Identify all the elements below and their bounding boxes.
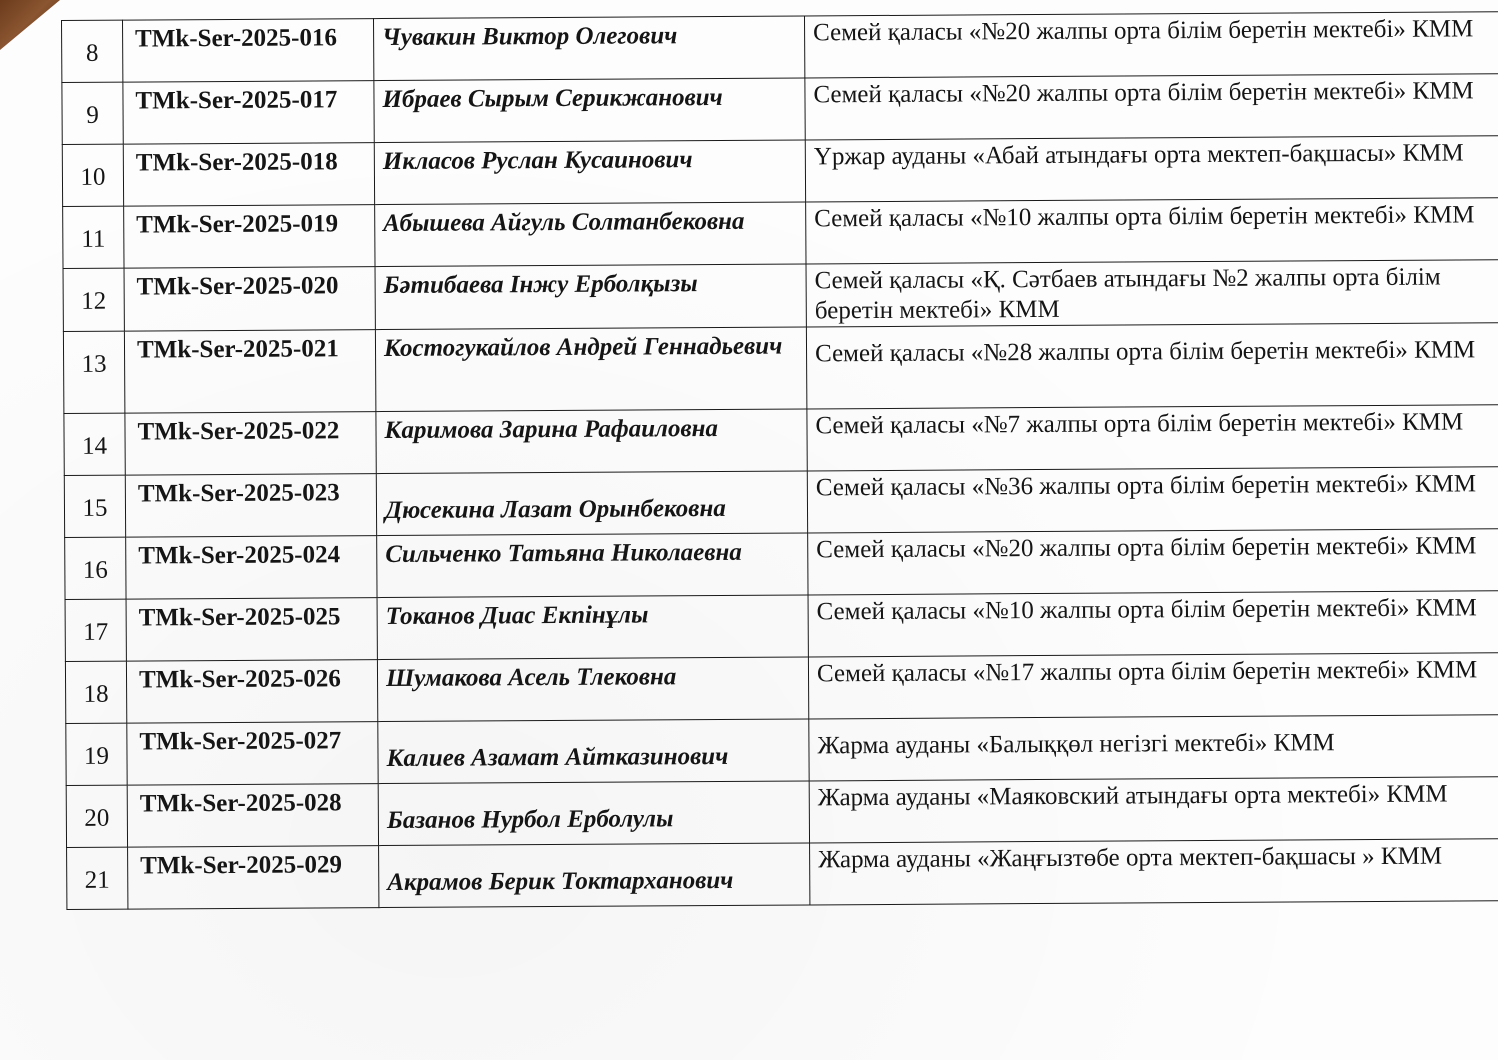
table-row: 13TMk-Ser-2025-021Костогукайлов Андрей Г… — [63, 323, 1498, 414]
participant-name: Базанов Нурбол Ерболулы — [378, 781, 809, 846]
school-name: Семей қаласы «№20 жалпы орта білім берет… — [808, 529, 1498, 595]
participant-code: TMk-Ser-2025-022 — [125, 412, 376, 476]
table-row: 9TMk-Ser-2025-017Ибраев Сырым Серикжанов… — [62, 74, 1498, 145]
school-name: Семей қаласы «№10 жалпы орта білім берет… — [808, 591, 1498, 657]
participant-name: Икласов Руслан Кусаинович — [374, 140, 805, 205]
participant-name: Костогукайлов Андрей Геннадьевич — [375, 327, 806, 412]
participant-code: TMk-Ser-2025-023 — [125, 474, 376, 538]
participant-name: Каримова Зарина Рафаиловна — [376, 409, 807, 474]
table-row: 15TMk-Ser-2025-023Дюсекина Лазат Орынбек… — [64, 467, 1498, 538]
school-name: Семей қаласы «№20 жалпы орта білім берет… — [804, 12, 1498, 78]
participant-name: Бәтибаева Інжу Ерболқызы — [375, 264, 806, 330]
participant-code: TMk-Ser-2025-021 — [124, 330, 375, 414]
participant-code: TMk-Ser-2025-020 — [124, 267, 375, 332]
participant-name: Сильченко Татьяна Николаевна — [377, 533, 808, 598]
participant-name: Ибраев Сырым Серикжанович — [374, 78, 805, 143]
school-name: Семей қаласы «№7 жалпы орта білім береті… — [807, 405, 1498, 471]
participant-code: TMk-Ser-2025-028 — [127, 784, 378, 848]
participant-name: Дюсекина Лазат Орынбековна — [376, 471, 807, 536]
row-number: 20 — [66, 785, 127, 847]
table-row: 10TMk-Ser-2025-018Икласов Руслан Кусаино… — [62, 136, 1498, 207]
table-row: 17TMk-Ser-2025-025Токанов Диас ЕкпінұлыС… — [65, 591, 1498, 662]
wooden-table-edge — [0, 0, 60, 50]
row-number: 17 — [65, 599, 126, 661]
row-number: 21 — [67, 847, 128, 909]
participant-code: TMk-Ser-2025-027 — [127, 722, 378, 786]
school-name: Семей қаласы «№10 жалпы орта білім берет… — [806, 198, 1498, 264]
table-body: 8TMk-Ser-2025-016Чувакин Виктор Олегович… — [62, 12, 1498, 910]
row-number: 13 — [63, 331, 124, 413]
row-number: 15 — [64, 475, 125, 537]
row-number: 10 — [62, 144, 123, 206]
table-row: 12TMk-Ser-2025-020Бәтибаева Інжу Ерболқы… — [63, 260, 1498, 332]
participant-code: TMk-Ser-2025-025 — [126, 598, 377, 662]
table-row: 20TMk-Ser-2025-028Базанов Нурбол Ерболул… — [66, 777, 1498, 848]
row-number: 19 — [66, 723, 127, 785]
table-row: 19TMk-Ser-2025-027Калиев Азамат Айтказин… — [66, 715, 1498, 786]
participant-code: TMk-Ser-2025-029 — [128, 846, 379, 910]
participant-name: Калиев Азамат Айтказинович — [378, 719, 809, 784]
participant-name: Абышева Айгуль Солтанбековна — [375, 202, 806, 267]
participant-name: Шумакова Асель Тлековна — [377, 657, 808, 722]
participant-name: Чувакин Виктор Олегович — [373, 16, 804, 81]
participant-code: TMk-Ser-2025-024 — [126, 536, 377, 600]
table-row: 18TMk-Ser-2025-026Шумакова Асель Тлековн… — [65, 653, 1498, 724]
table-row: 14TMk-Ser-2025-022Каримова Зарина Рафаил… — [64, 405, 1498, 476]
school-name: Жарма ауданы «Балыққөл негізгі мектебі» … — [809, 715, 1498, 781]
row-number: 14 — [64, 413, 125, 475]
participant-code: TMk-Ser-2025-018 — [123, 143, 374, 207]
participant-code: TMk-Ser-2025-017 — [123, 81, 374, 145]
school-name: Семей қаласы «Қ. Сәтбаев атындағы №2 жал… — [806, 260, 1498, 327]
participant-code: TMk-Ser-2025-019 — [124, 205, 375, 269]
row-number: 18 — [65, 661, 126, 723]
row-number: 8 — [62, 20, 123, 82]
school-name: Жарма ауданы «Жаңғызтөбе орта мектеп-бақ… — [810, 839, 1498, 905]
table-row: 21TMk-Ser-2025-029Акрамов Берик Токтарха… — [67, 839, 1498, 910]
school-name: Жарма ауданы «Маяковский атындағы орта м… — [809, 777, 1498, 843]
school-name: Семей қаласы «№20 жалпы орта білім берет… — [805, 74, 1498, 140]
school-name: Семей қаласы «№17 жалпы орта білім берет… — [808, 653, 1498, 719]
table-row: 16TMk-Ser-2025-024Сильченко Татьяна Нико… — [65, 529, 1498, 600]
participant-name: Токанов Диас Екпінұлы — [377, 595, 808, 660]
school-name: Семей қаласы «№28 жалпы орта білім берет… — [806, 323, 1498, 409]
participant-code: TMk-Ser-2025-026 — [126, 660, 377, 724]
row-number: 9 — [62, 82, 123, 144]
participant-code: TMk-Ser-2025-016 — [123, 19, 374, 83]
participants-table: 8TMk-Ser-2025-016Чувакин Виктор Олегович… — [61, 11, 1498, 910]
table-row: 11TMk-Ser-2025-019Абышева Айгуль Солтанб… — [63, 198, 1498, 269]
participant-name: Акрамов Берик Токтарханович — [379, 843, 810, 908]
row-number: 12 — [63, 268, 124, 331]
school-name: Семей қаласы «№36 жалпы орта білім берет… — [807, 467, 1498, 533]
table-row: 8TMk-Ser-2025-016Чувакин Виктор Олегович… — [62, 12, 1498, 83]
row-number: 11 — [63, 206, 124, 268]
school-name: Үржар ауданы «Абай атындағы орта мектеп-… — [805, 136, 1498, 202]
row-number: 16 — [65, 537, 126, 599]
